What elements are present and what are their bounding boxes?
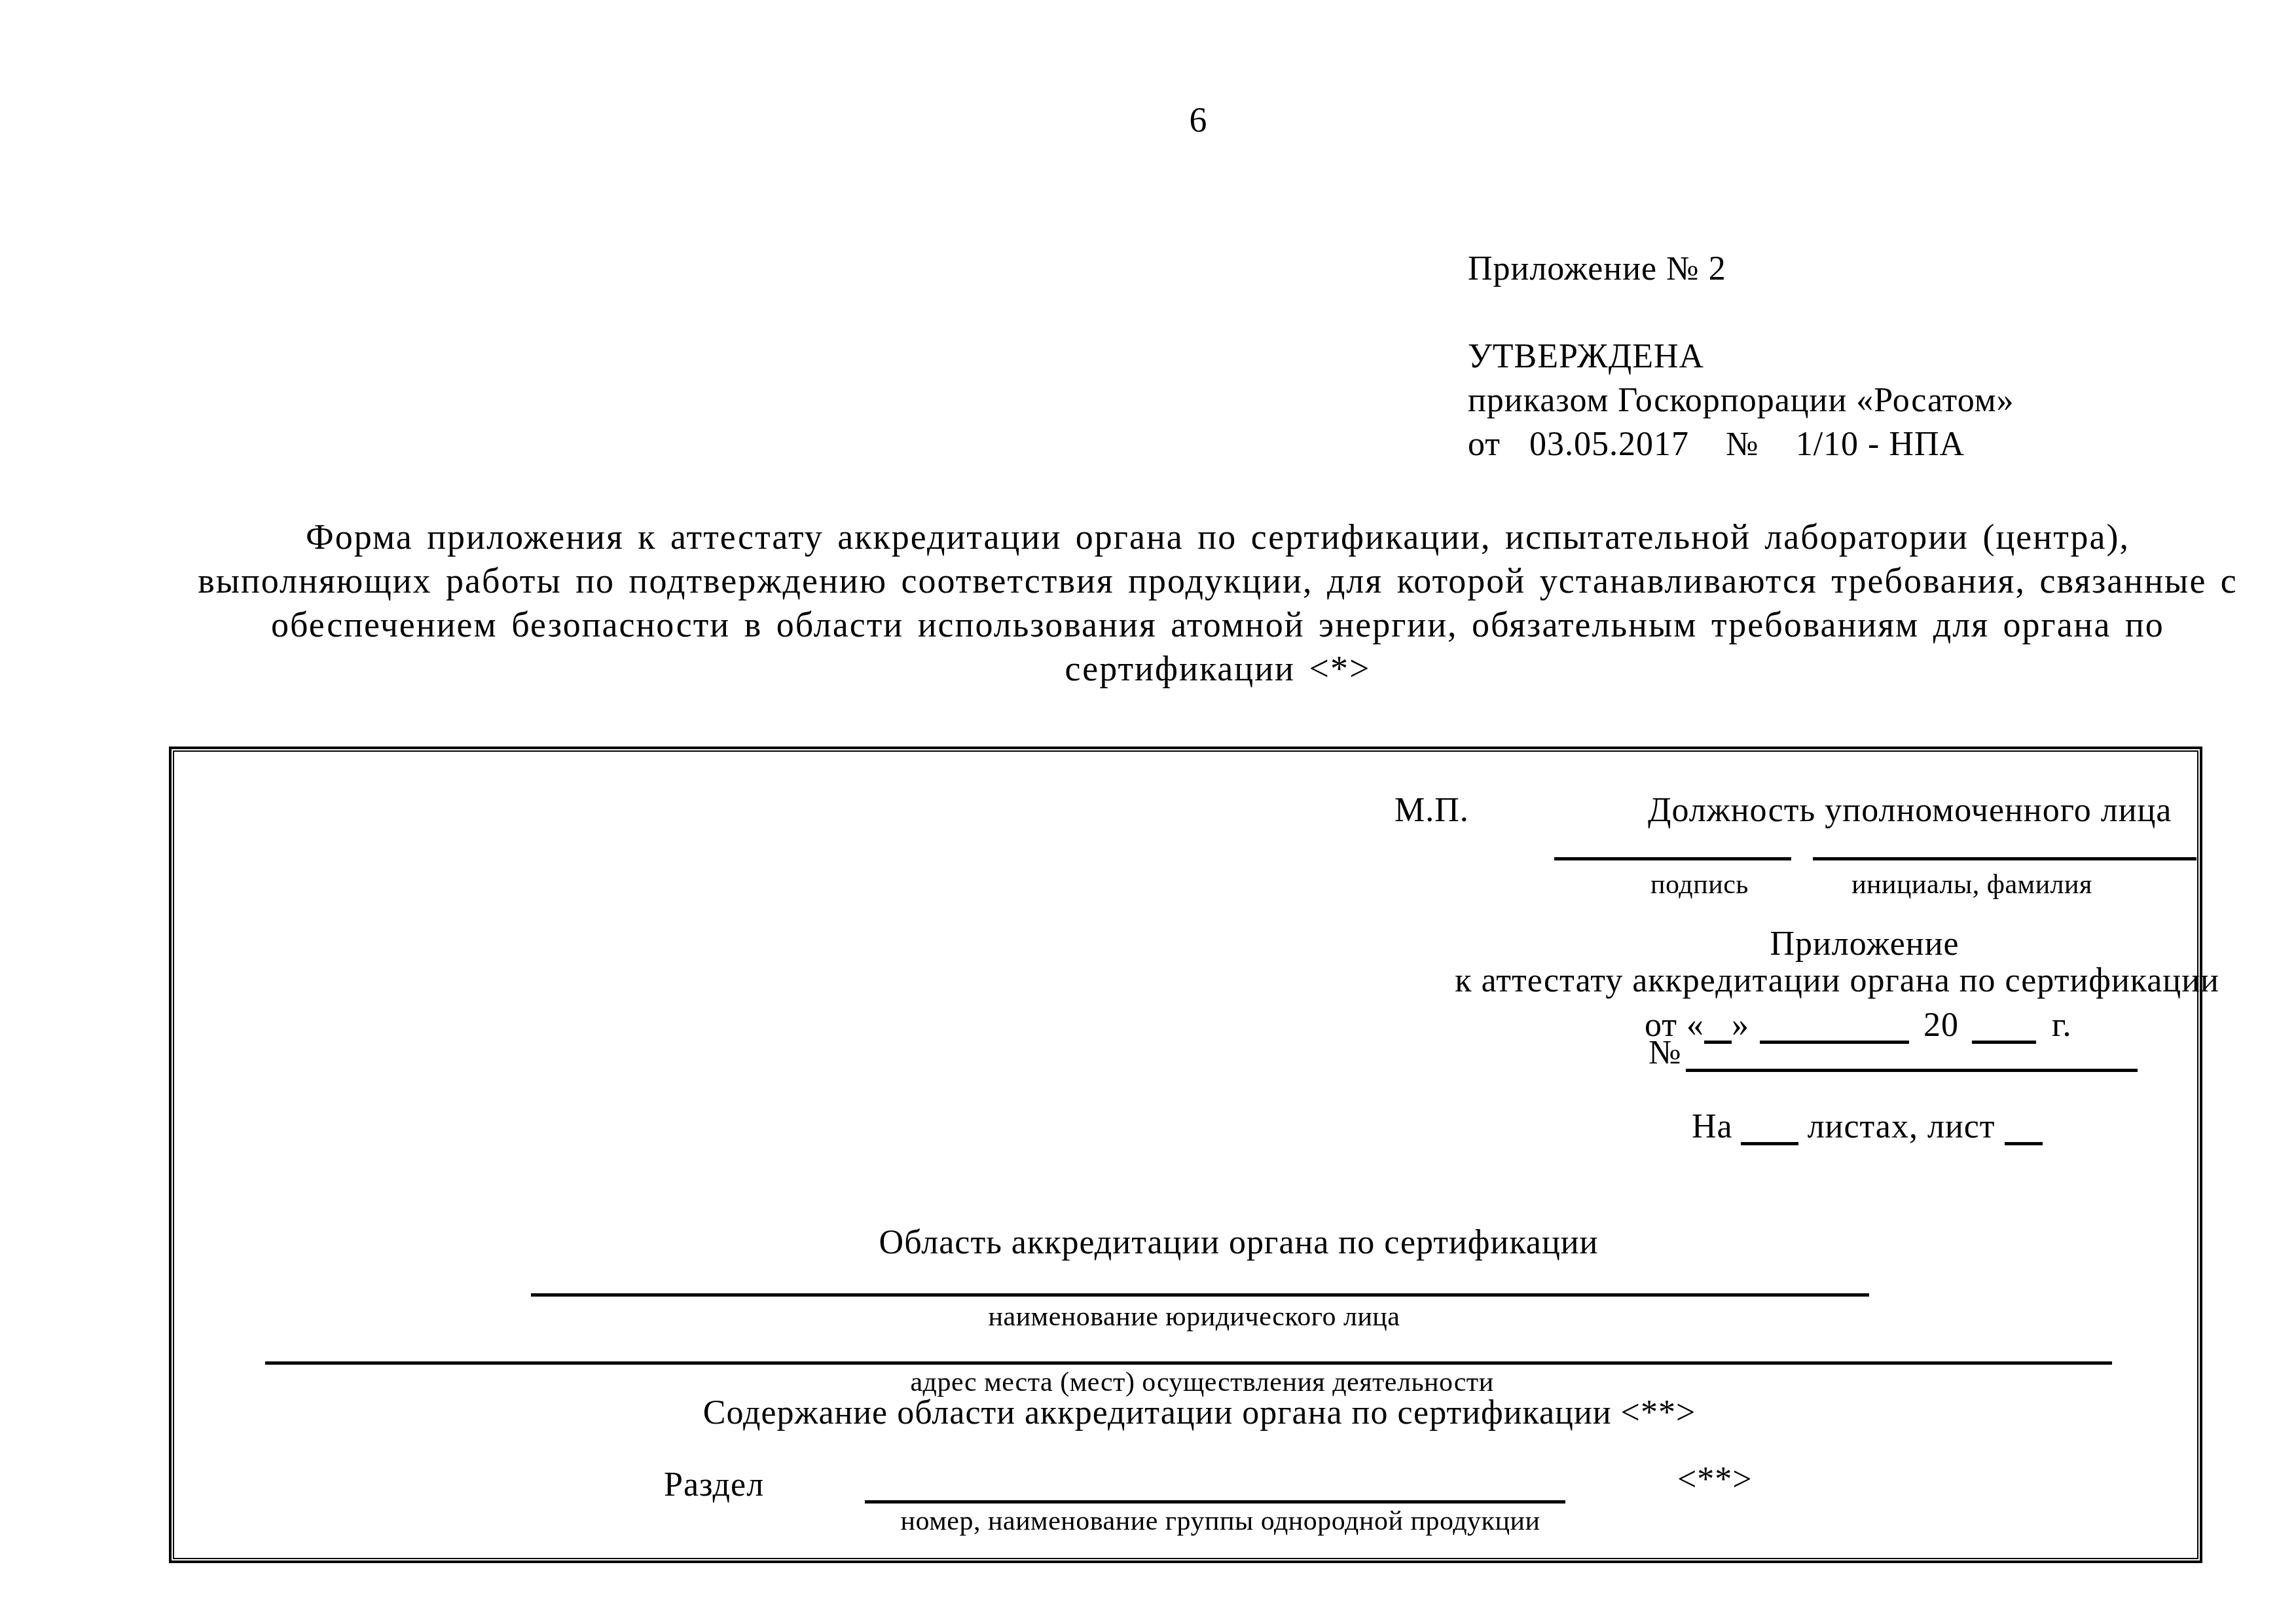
fullname-caption: инициалы, фамилия [1851,870,2092,900]
approval-spacer [1468,291,2014,335]
signature-caption: подпись [1650,870,1749,900]
appendix-label: Приложение № 2 [1468,247,2014,291]
order-number: 1/10 - НПА [1796,426,1965,463]
footnote-ref: <**> [1677,1460,1753,1500]
form-box: М.П. Должность уполномоченного лица подп… [169,747,2202,1563]
document-page: 6 Приложение № 2 УТВЕРЖДЕНА приказом Гос… [0,0,2296,1624]
fullname-line [1813,857,2196,860]
order-line: от03.05.2017№1/10 - НПА [1468,422,2014,466]
stamp-placeholder: М.П. [1394,791,1469,830]
form-title-line: выполняющих работы по подтверждению соот… [164,559,2272,603]
order-prefix: от [1468,426,1501,463]
form-title-line: обеспечением безопасности в области испо… [164,603,2272,647]
sheets-prefix: На [1692,1108,1733,1145]
sheet-number-blank [2005,1122,2043,1145]
section-caption: номер, наименование группы однородной пр… [901,1506,1540,1536]
legal-name-line [531,1293,1869,1297]
day-blank [1704,1021,1732,1044]
page-number: 6 [1190,100,1207,140]
approved-by: приказом Госкорпорации «Росатом» [1468,378,2014,422]
scope-title: Область аккредитации органа по сертифика… [879,1223,1599,1263]
legal-name-caption: наименование юридического лица [989,1302,1400,1332]
appendix-subtitle: к аттестату аккредитации органа по серти… [1455,961,2219,1001]
year-prefix: 20 [1923,1006,1959,1044]
form-title-paragraph: Форма приложения к аттестату аккредитаци… [164,515,2272,691]
year-blank [1972,1021,2036,1044]
numero-sign: № [1726,426,1759,463]
approved-word: УТВЕРЖДЕНА [1468,335,2014,378]
year-suffix: г. [2052,1006,2071,1044]
form-title-line: сертификации <*> [164,647,2272,691]
sheets-middle: листах, лист [1808,1108,1995,1145]
sheets-row: Налистах, лист [1692,1107,2043,1147]
approval-block: Приложение № 2 УТВЕРЖДЕНА приказом Госко… [1468,247,2014,466]
section-line [865,1500,1565,1504]
position-label: Должность уполномоченного лица [1648,791,2172,830]
appendix-number-sign: № [1649,1033,1682,1073]
month-blank [1760,1021,1909,1044]
sheets-count-blank [1741,1122,1798,1145]
appendix-number-line [1686,1069,2138,1072]
address-line [265,1361,2112,1365]
date-close-quote: » [1732,1006,1749,1044]
content-title: Содержание области аккредитации органа п… [703,1393,1696,1433]
section-label: Раздел [664,1466,764,1505]
order-date: 03.05.2017 [1529,426,1689,463]
signature-line [1554,857,1791,860]
appendix-date-row: от «»20г. [1645,1006,2072,1045]
form-title-line: Форма приложения к аттестату аккредитаци… [164,515,2272,559]
appendix-word: Приложение [1770,925,1959,964]
